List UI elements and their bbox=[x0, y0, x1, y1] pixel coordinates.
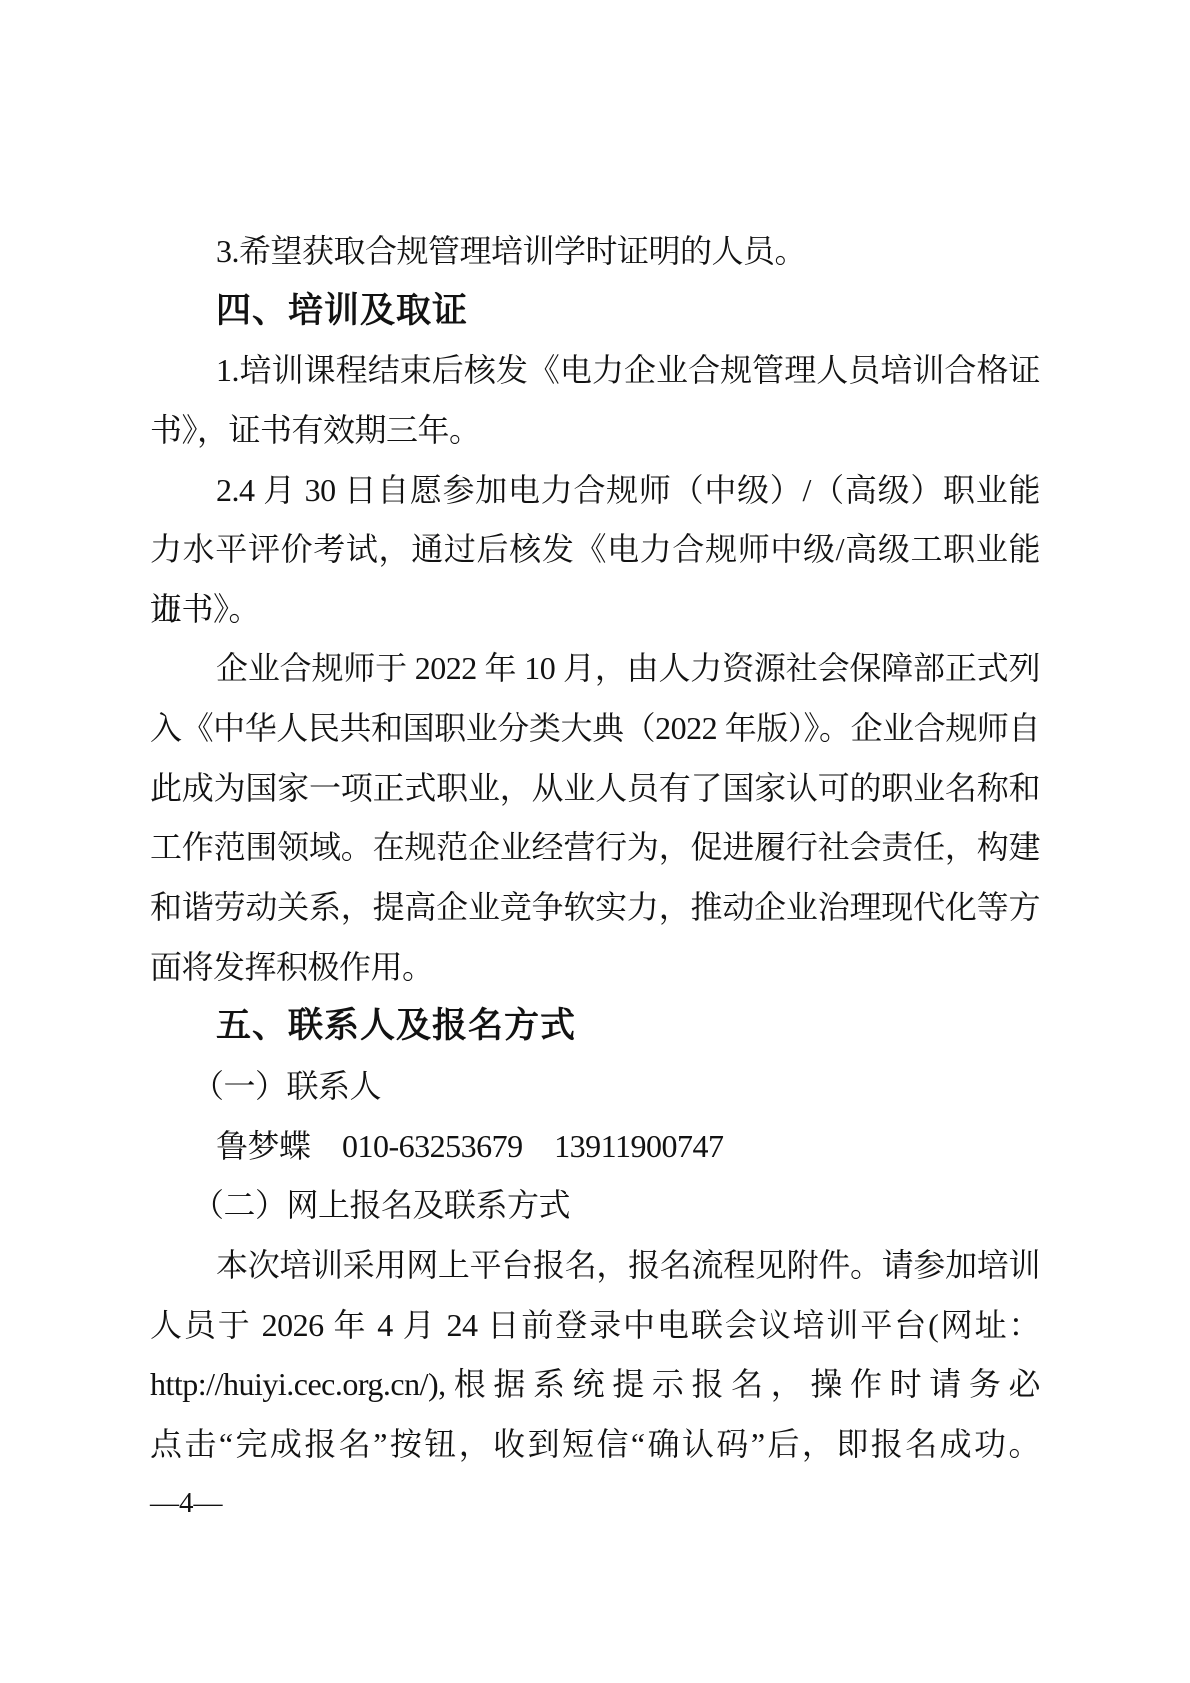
document-line: 证书》。 bbox=[150, 580, 1040, 640]
document-line: 点击“完成报名”按钮，收到短信“确认码”后，即报名成功。 bbox=[150, 1415, 1040, 1475]
document-line: 企业合规师于 2022 年 10 月，由人力资源社会保障部正式列 bbox=[150, 639, 1040, 699]
section-heading: 五、联系人及报名方式 bbox=[150, 997, 1040, 1057]
document-line: 鲁梦蝶 010-63253679 13911900747 bbox=[150, 1117, 1040, 1177]
document-page: 3.希望获取合规管理培训学时证明的人员。四、培训及取证1.培训课程结束后核发《电… bbox=[0, 0, 1190, 1683]
document-line: http://huiyi.cec.org.cn/),根据系统提示报名，操作时请务… bbox=[150, 1355, 1040, 1415]
document-line: 和谐劳动关系，提高企业竞争软实力，推动企业治理现代化等方 bbox=[150, 878, 1040, 938]
section-heading: 四、培训及取证 bbox=[150, 282, 1040, 342]
document-body: 3.希望获取合规管理培训学时证明的人员。四、培训及取证1.培训课程结束后核发《电… bbox=[150, 222, 1040, 1474]
document-line: 1.培训课程结束后核发《电力企业合规管理人员培训合格证 bbox=[150, 341, 1040, 401]
document-line: 3.希望获取合规管理培训学时证明的人员。 bbox=[150, 222, 1040, 282]
document-line: 本次培训采用网上平台报名，报名流程见附件。请参加培训 bbox=[150, 1236, 1040, 1296]
document-line: （一）联系人 bbox=[150, 1057, 1040, 1117]
document-line: 工作范围领域。在规范企业经营行为，促进履行社会责任，构建 bbox=[150, 818, 1040, 878]
document-line: 入《中华人民共和国职业分类大典（2022 年版）》。企业合规师自 bbox=[150, 699, 1040, 759]
document-line: 力水平评价考试，通过后核发《电力合规师中级/高级工职业能力 bbox=[150, 520, 1040, 580]
document-line: 2.4 月 30 日自愿参加电力合规师（中级）/（高级）职业能 bbox=[150, 461, 1040, 521]
page-number: —4— bbox=[150, 1487, 223, 1519]
document-line: 书》，证书有效期三年。 bbox=[150, 401, 1040, 461]
document-line: 此成为国家一项正式职业，从业人员有了国家认可的职业名称和 bbox=[150, 759, 1040, 819]
document-line: 人员于 2026 年 4 月 24 日前登录中电联会议培训平台(网址： bbox=[150, 1296, 1040, 1356]
document-line: （二）网上报名及联系方式 bbox=[150, 1176, 1040, 1236]
document-line: 面将发挥积极作用。 bbox=[150, 938, 1040, 998]
